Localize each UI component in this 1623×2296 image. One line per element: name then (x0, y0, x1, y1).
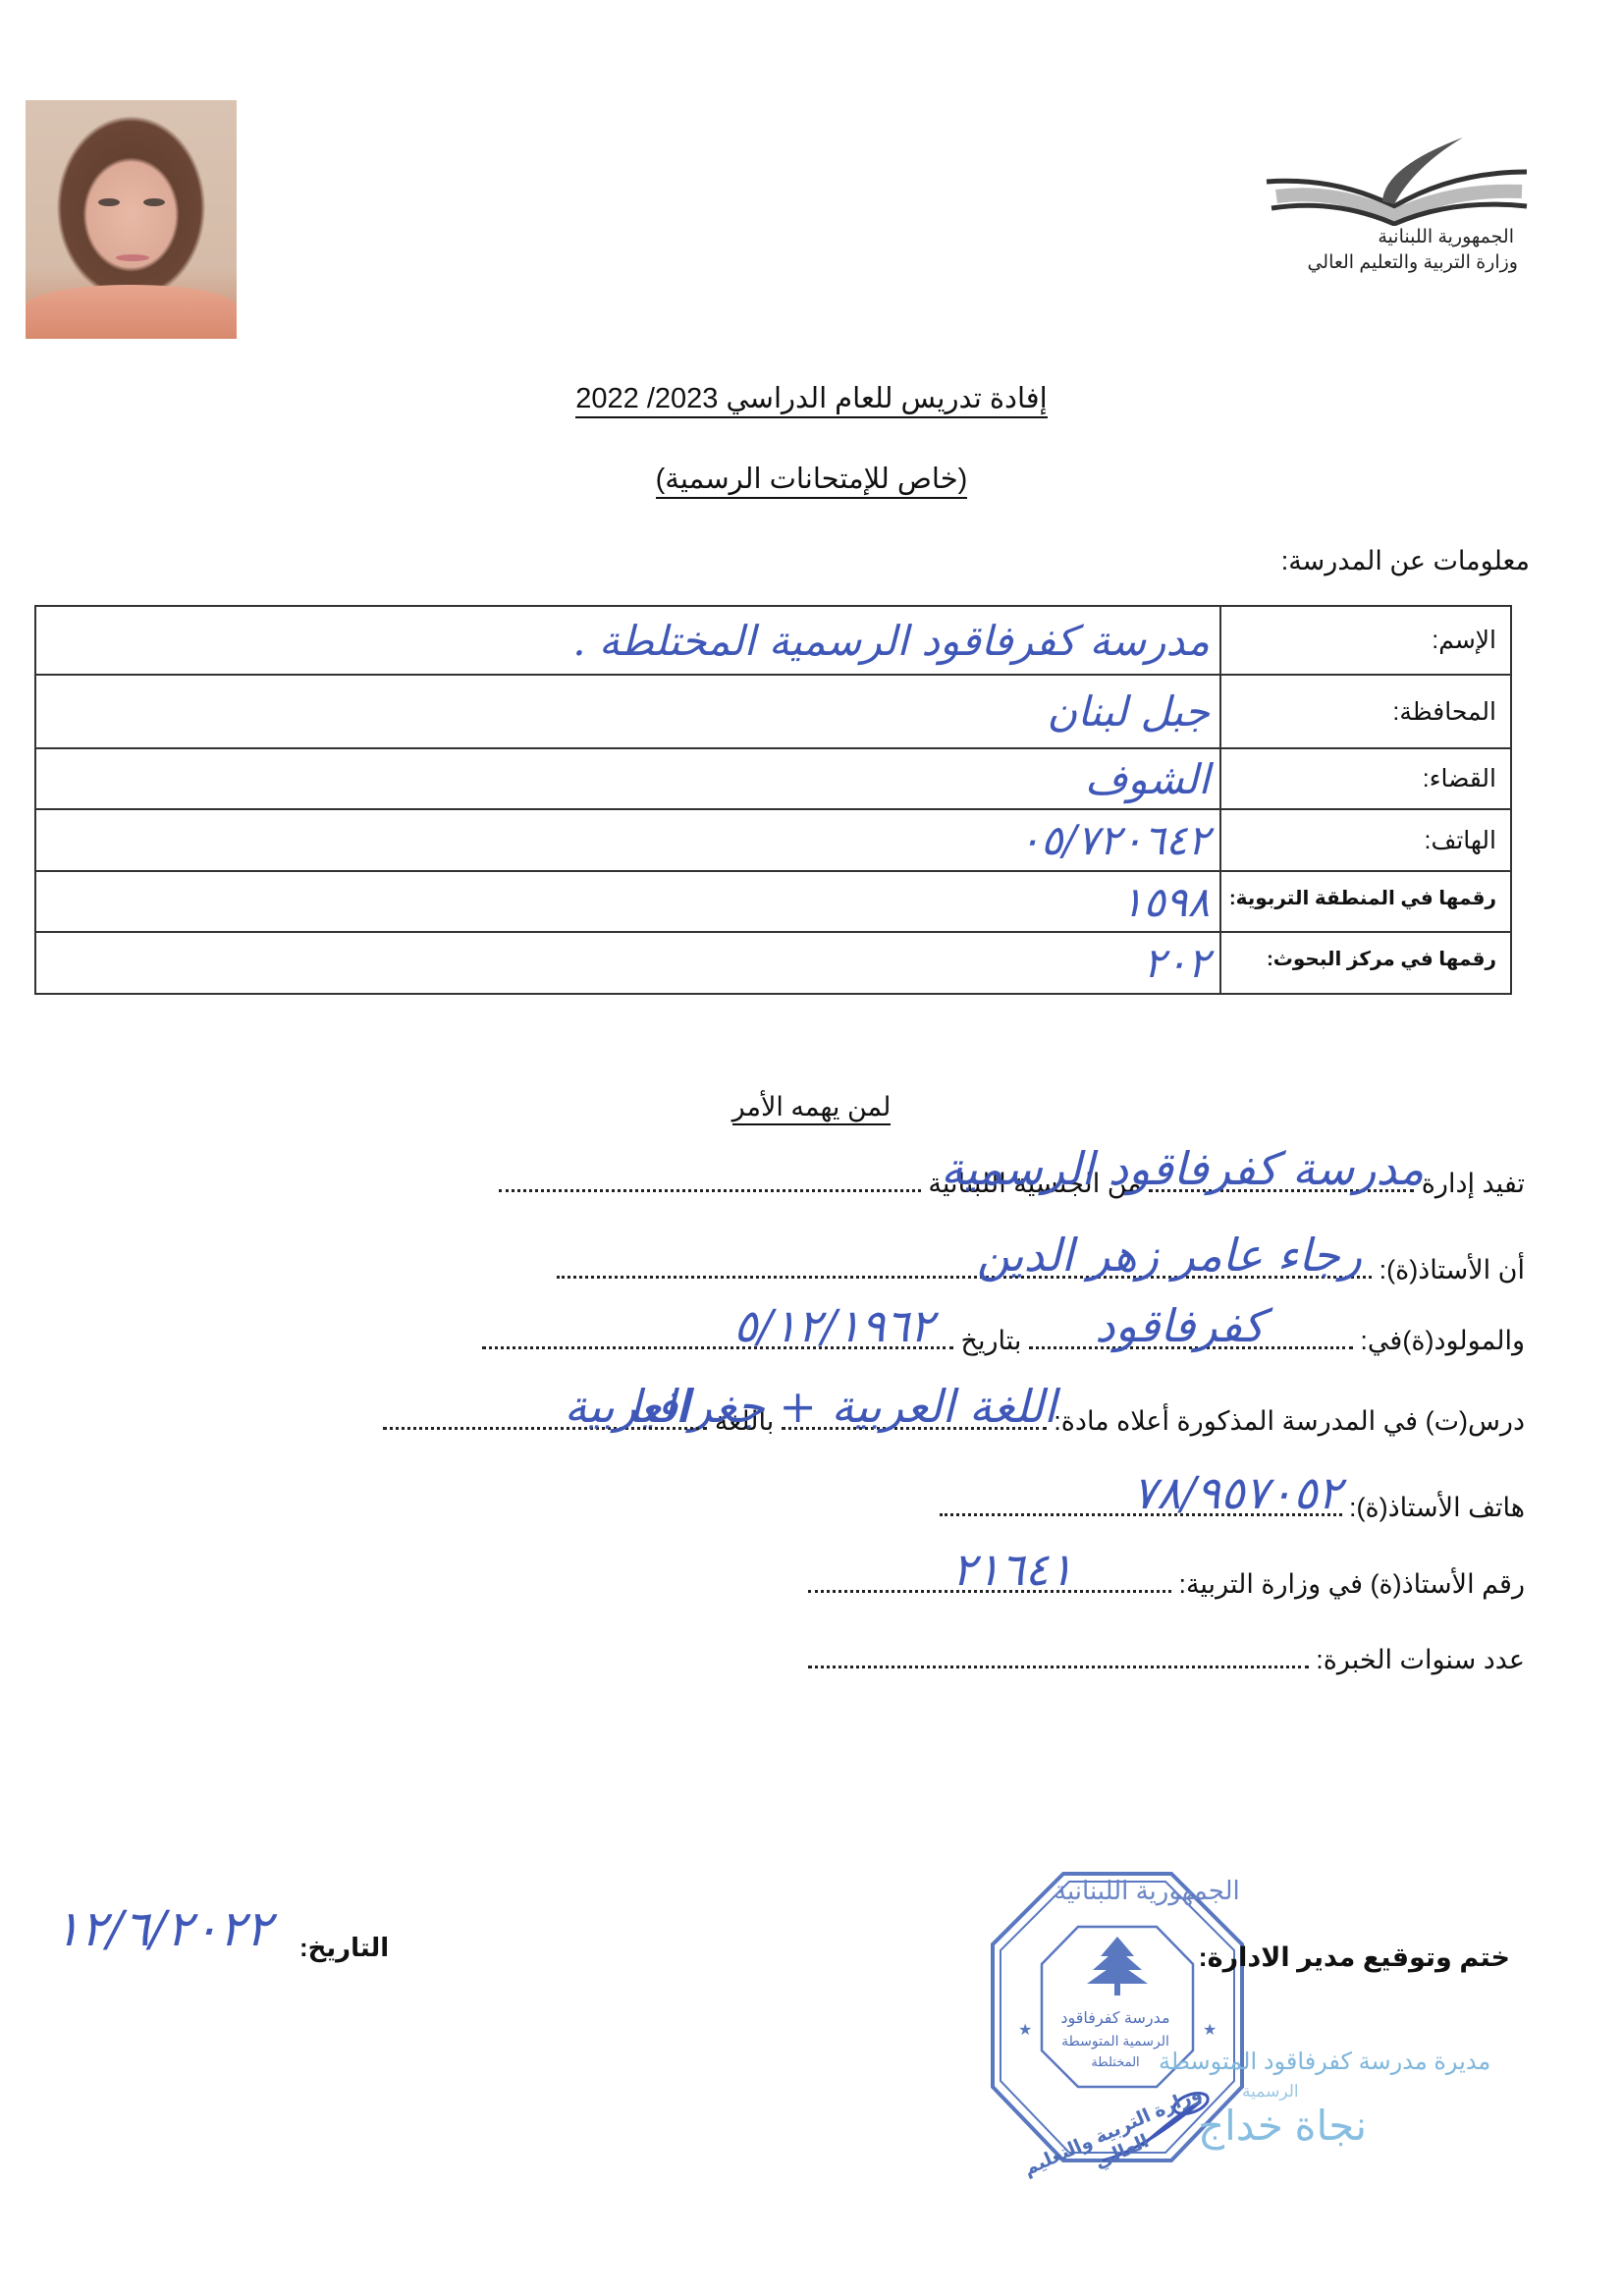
teacher-name-value: رجاء عامر زهر الدين (977, 1229, 1362, 1282)
stamp-top-text: الجمهورية اللبنانية (1054, 1876, 1240, 1906)
subject-field[interactable]: اللغة العربية + جغرافيا (782, 1407, 1047, 1430)
administration-field[interactable]: مدرسة كفرفاقود الرسمية (1149, 1170, 1414, 1192)
table-row: الإسم: مدرسة كفرفاقود الرسمية المختلطة . (35, 606, 1511, 675)
line-ministry-number: رقم الأستاذ(ة) في وزارة التربية: ٢١٦٤١ (808, 1569, 1525, 1600)
subtitle-text: (خاص للإمتحانات الرسمية) (656, 464, 968, 499)
svg-text:★: ★ (1018, 2022, 1032, 2039)
photo-eye (98, 198, 120, 206)
cedar-tree-icon (1087, 1937, 1148, 1995)
ministry-number-prefix: رقم الأستاذ(ة) في وزارة التربية: (1178, 1569, 1525, 1599)
zone-number-value: ١٥٩٨ (1121, 878, 1210, 926)
to-whom-text: لمن يهمه الأمر (732, 1092, 892, 1125)
experience-prefix: عدد سنوات الخبرة: (1316, 1645, 1525, 1674)
research-number-value: ٢٠٢ (1143, 939, 1210, 987)
document-subtitle: (خاص للإمتحانات الرسمية) (0, 462, 1623, 496)
governorate-value: جبل لبنان (1047, 687, 1210, 736)
label-educational-zone-number: رقمها في المنطقة التربوية: (1220, 871, 1511, 932)
district-value: الشوف (1085, 755, 1210, 803)
ministry-number-value: ٢١٦٤١ (951, 1543, 1073, 1596)
value-name[interactable]: مدرسة كفرفاقود الرسمية المختلطة . (35, 606, 1220, 675)
birthdate-field[interactable]: ٥/١٢/١٩٦٢ (482, 1327, 953, 1349)
director-stamp-line2: الرسمية (1242, 2082, 1299, 2102)
line-teacher-phone: هاتف الأستاذ(ة): ٧٨/٩٥٧٠٥٢ (940, 1493, 1526, 1523)
school-phone-value: ٠٥/٧٢٠٦٤٢ (1018, 816, 1210, 864)
table-row: رقمها في مركز البحوث: ٢٠٢ (35, 932, 1511, 994)
date-value[interactable]: ١٢/٦/٢٠٢٢ (54, 1900, 272, 1957)
table-row: القضاء: الشوف (35, 748, 1511, 809)
birthplace-prefix: والمولود(ة)في: (1360, 1326, 1525, 1355)
administration-value: مدرسة كفرفاقود الرسمية (941, 1142, 1424, 1195)
language-value: العربية (565, 1380, 688, 1433)
open-book-quill-icon (1257, 128, 1532, 226)
nationality-dots (499, 1170, 921, 1192)
school-info-table: الإسم: مدرسة كفرفاقود الرسمية المختلطة .… (34, 605, 1512, 995)
line-subject: درس(ت) في المدرسة المذكورة أعلاه مادة: ا… (383, 1406, 1525, 1437)
label-name: الإسم: (1220, 606, 1511, 675)
label-governorate: المحافظة: (1220, 675, 1511, 748)
line-experience: عدد سنوات الخبرة: (808, 1645, 1525, 1675)
value-educational-zone-number[interactable]: ١٥٩٨ (35, 871, 1220, 932)
ministry-name: وزارة التربية والتعليم العالي (1307, 251, 1518, 274)
birthplace-field[interactable]: كفرفاقود (1029, 1327, 1353, 1349)
birthdate-value: ٥/١٢/١٩٦٢ (733, 1299, 934, 1352)
ministry-logo: الجمهورية اللبنانية وزارة التربية والتعل… (1257, 128, 1532, 275)
value-research-center-number[interactable]: ٢٠٢ (35, 932, 1220, 994)
photo-mouth (116, 254, 149, 261)
label-district: القضاء: (1220, 748, 1511, 809)
table-row: الهاتف: ٠٥/٧٢٠٦٤٢ (35, 809, 1511, 871)
table-row: رقمها في المنطقة التربوية: ١٥٩٨ (35, 871, 1511, 932)
teacher-phone-field[interactable]: ٧٨/٩٥٧٠٥٢ (940, 1494, 1342, 1516)
teacher-phone-value: ٧٨/٩٥٧٠٥٢ (1132, 1466, 1341, 1519)
document-title: إفادة تدريس للعام الدراسي 2023/ 2022 (0, 381, 1623, 415)
date-label: التاريخ: (299, 1933, 389, 1963)
title-text: إفادة تدريس للعام الدراسي 2023/ 2022 (575, 383, 1047, 418)
teacher-photo (26, 100, 237, 339)
label-research-center-number: رقمها في مركز البحوث: (1220, 932, 1511, 994)
school-info-heading: معلومات عن المدرسة: (1281, 546, 1530, 576)
subject-prefix: درس(ت) في المدرسة المذكورة أعلاه مادة: (1054, 1406, 1525, 1436)
ministry-number-field[interactable]: ٢١٦٤١ (808, 1570, 1171, 1593)
birthplace-value: كفرفاقود (1095, 1299, 1265, 1352)
value-district[interactable]: الشوف (35, 748, 1220, 809)
photo-shoulders (26, 285, 237, 339)
label-phone: الهاتف: (1220, 809, 1511, 871)
school-name-value: مدرسة كفرفاقود الرسمية المختلطة . (572, 617, 1210, 665)
teacher-prefix: أن الأستاذ(ة): (1380, 1255, 1525, 1285)
director-name: نجاة خداج (1198, 2102, 1367, 2150)
to-whom-heading: لمن يهمه الأمر (0, 1092, 1623, 1122)
table-row: المحافظة: جبل لبنان (35, 675, 1511, 748)
line-teacher-name: أن الأستاذ(ة): رجاء عامر زهر الدين (557, 1255, 1525, 1285)
teacher-name-field[interactable]: رجاء عامر زهر الدين (557, 1256, 1372, 1279)
value-governorate[interactable]: جبل لبنان (35, 675, 1220, 748)
teacher-phone-prefix: هاتف الأستاذ(ة): (1349, 1493, 1525, 1522)
photo-eye (143, 198, 165, 206)
republic-name: الجمهورية اللبنانية (1378, 226, 1514, 248)
line-administration: تفيد إدارة مدرسة كفرفاقود الرسمية من الج… (499, 1169, 1525, 1199)
language-field[interactable]: العربية (383, 1407, 707, 1430)
stamp-school-line1: مدرسة كفرفاقود (1042, 2008, 1189, 2028)
birthdate-label: بتاريخ (961, 1326, 1022, 1355)
svg-text:★: ★ (1203, 2022, 1217, 2039)
experience-field[interactable] (808, 1646, 1309, 1668)
administration-prefix: تفيد إدارة (1422, 1169, 1525, 1198)
signature-label: ختم وتوقيع مدير الادارة: (1199, 1942, 1510, 1973)
director-stamp-line1: مديرة مدرسة كفرفاقود المتوسطة (1159, 2048, 1490, 2076)
value-phone[interactable]: ٠٥/٧٢٠٦٤٢ (35, 809, 1220, 871)
line-birth: والمولود(ة)في: كفرفاقود بتاريخ ٥/١٢/١٩٦٢ (482, 1326, 1525, 1356)
